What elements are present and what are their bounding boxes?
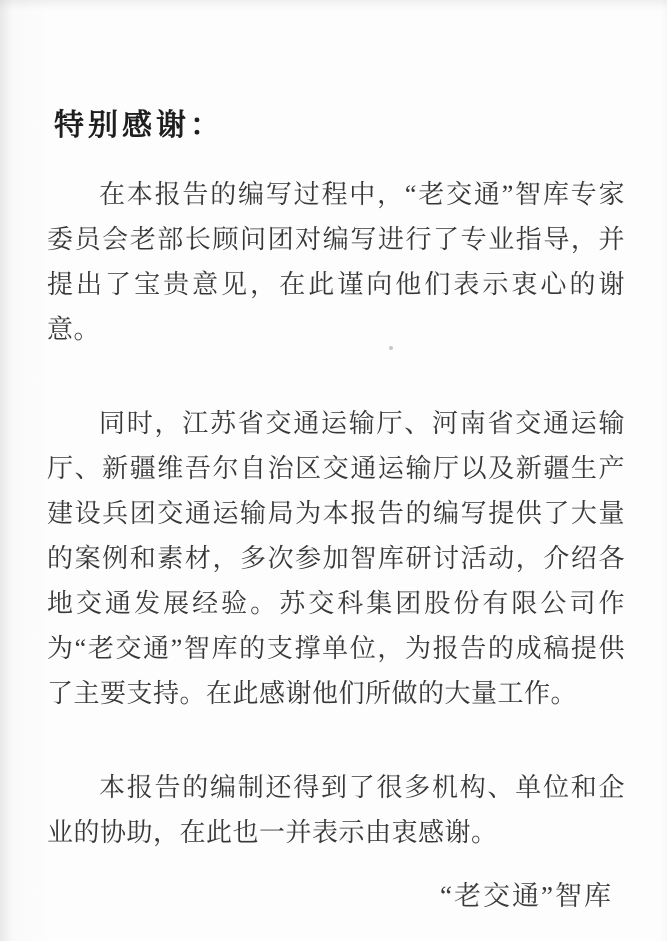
document-body: 在本报告的编写过程中，“老交通”智库专家委员会老部长顾问团对编写进行了专业指导，… (47, 172, 625, 904)
scan-speck (389, 346, 393, 350)
paragraph-acknowledgment-advisors: 在本报告的编写过程中，“老交通”智库专家委员会老部长顾问团对编写进行了专业指导，… (47, 172, 625, 352)
paragraph-acknowledgment-others: 本报告的编制还得到了很多机构、单位和企业的协助，在此也一并表示由衷感谢。 (47, 765, 625, 855)
scanned-document-page: 特别感谢： 在本报告的编写过程中，“老交通”智库专家委员会老部长顾问团对编写进行… (0, 0, 667, 941)
signature: “老交通”智库 (440, 874, 613, 913)
document-title: 特别感谢： (54, 100, 224, 144)
paragraph-acknowledgment-departments: 同时，江苏省交通运输厅、河南省交通运输厅、新疆维吾尔自治区交通运输厅以及新疆生产… (47, 401, 625, 716)
